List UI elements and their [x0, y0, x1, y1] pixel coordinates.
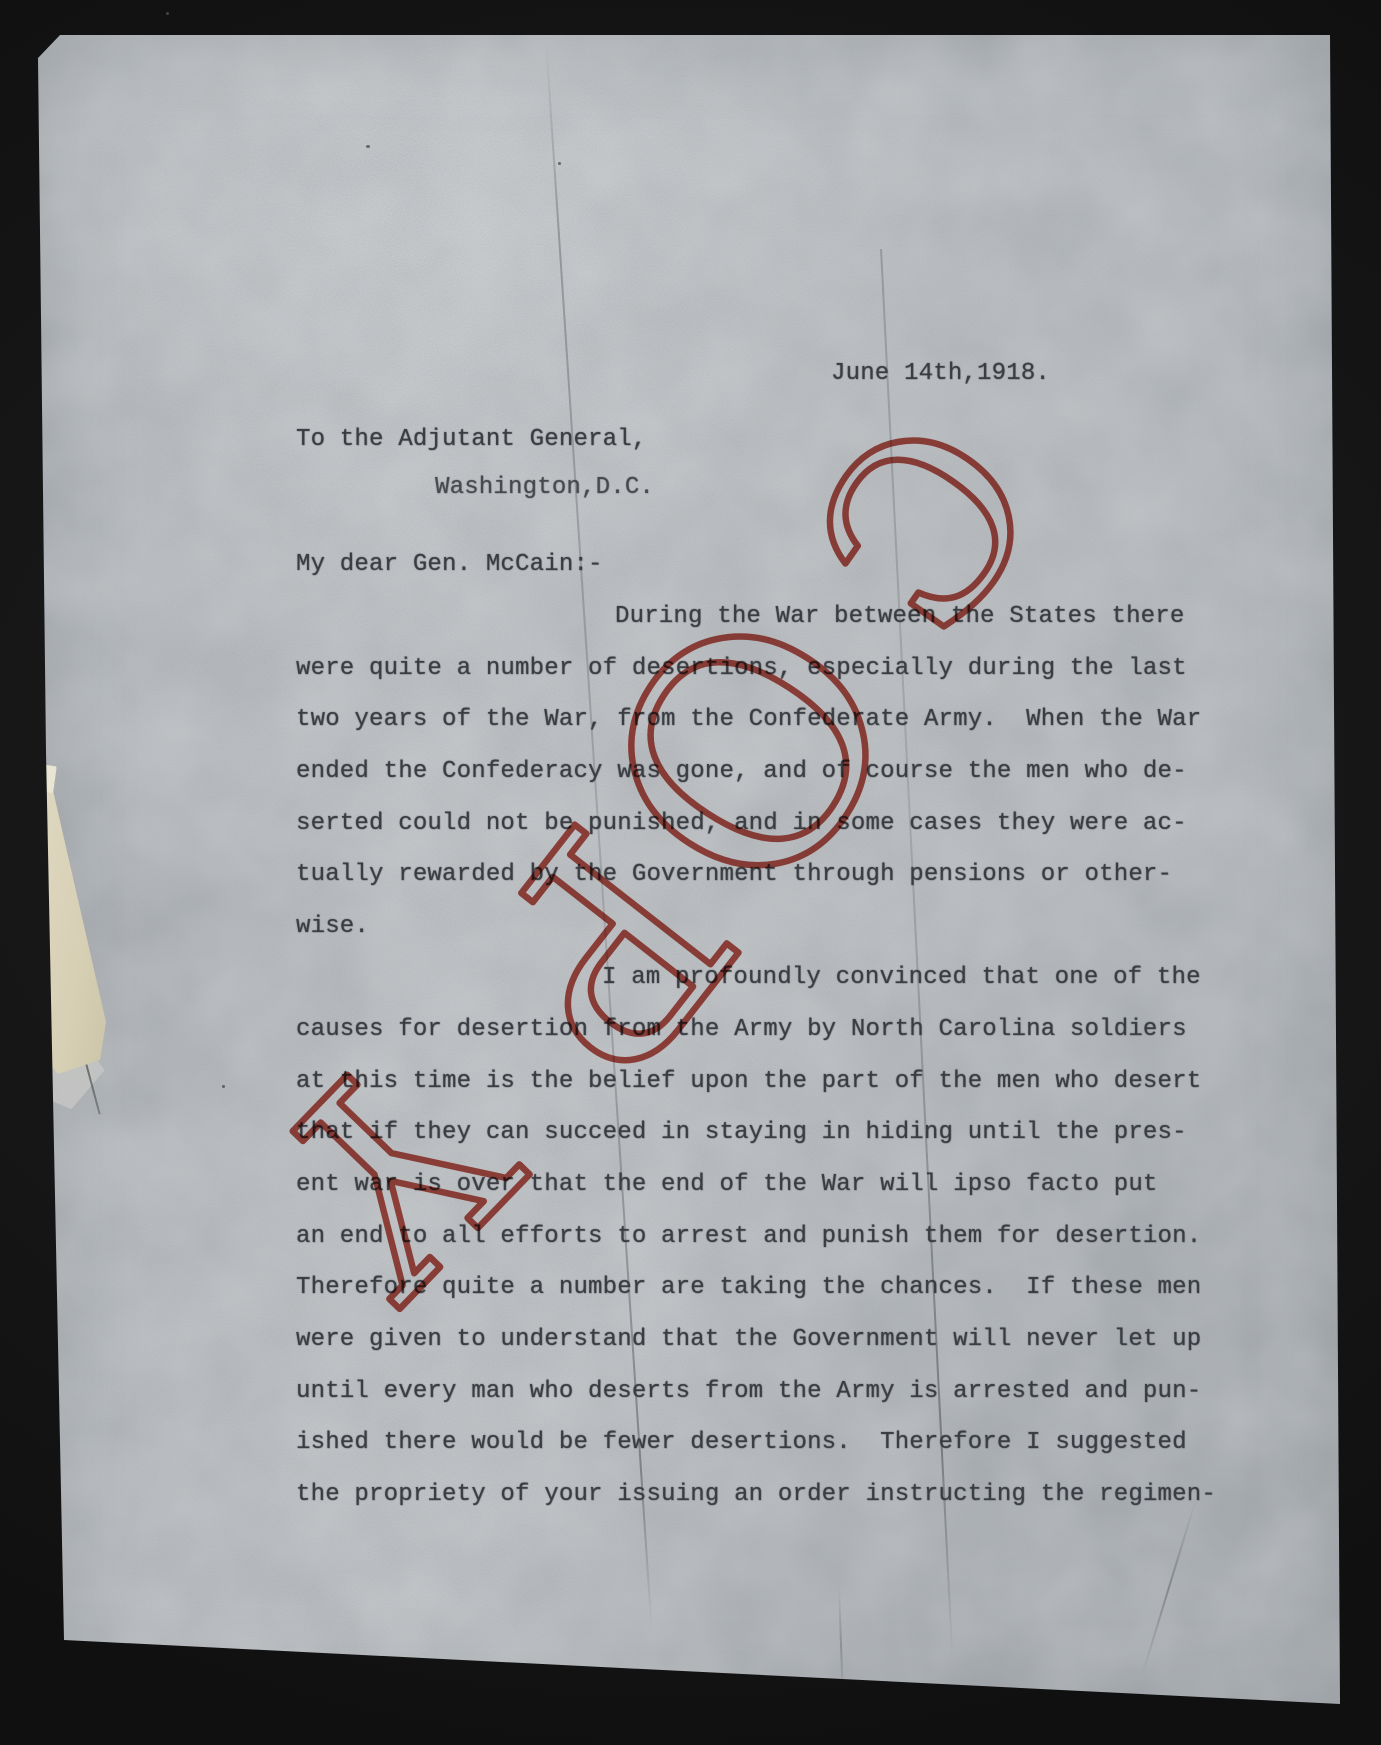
letter-line: that if they can succeed in staying in h…: [296, 1107, 1216, 1159]
letter-line: wise.: [296, 901, 1216, 953]
tape-fragment: [36, 772, 122, 1104]
letter-line: until every man who deserts from the Arm…: [296, 1366, 1216, 1418]
letter-line: Therefore quite a number are taking the …: [296, 1262, 1216, 1314]
letter-line: the propriety of your issuing an order i…: [296, 1469, 1216, 1521]
ink-speck: [366, 145, 370, 148]
address-line: To the Adjutant General,: [296, 425, 646, 455]
letter-line: at this time is the belief upon the part…: [296, 1056, 1216, 1108]
letter-line: an end to all efforts to arrest and puni…: [296, 1211, 1216, 1263]
scan-background: June 14th,1918. To the Adjutant General,…: [0, 0, 1381, 1745]
letter-line: causes for desertion from the Army by No…: [296, 1004, 1216, 1056]
letter-body: During the War between the States there …: [296, 591, 1216, 1521]
letter-line: During the War between the States there: [296, 591, 1216, 643]
salutation: My dear Gen. McCain:-: [296, 550, 603, 580]
letter-line: tually rewarded by the Government throug…: [296, 849, 1216, 901]
ink-speck: [558, 162, 561, 165]
date-line: June 14th,1918.: [831, 359, 1050, 389]
crease-line: [1141, 1499, 1197, 1677]
ink-speck: [222, 1085, 225, 1088]
letter-line: I am profoundly convinced that one of th…: [296, 952, 1216, 1004]
letter-line: two years of the War, from the Confedera…: [296, 694, 1216, 746]
address-line: Washington,D.C.: [435, 473, 654, 503]
tape-tab: [34, 764, 57, 793]
letter-line: ended the Confederacy was gone, and of c…: [296, 746, 1216, 798]
letter-line: ent war is over that the end of the War …: [296, 1159, 1216, 1211]
letter-line: serted could not be punished, and in som…: [296, 798, 1216, 850]
dust-speck: [166, 12, 169, 15]
letter-paper: June 14th,1918. To the Adjutant General,…: [38, 32, 1342, 1708]
letter-line: were given to understand that the Govern…: [296, 1314, 1216, 1366]
letter-line: were quite a number of desertions, espec…: [296, 643, 1216, 695]
letter-line: ished there would be fewer desertions. T…: [296, 1417, 1216, 1469]
crease-line: [838, 1587, 844, 1705]
